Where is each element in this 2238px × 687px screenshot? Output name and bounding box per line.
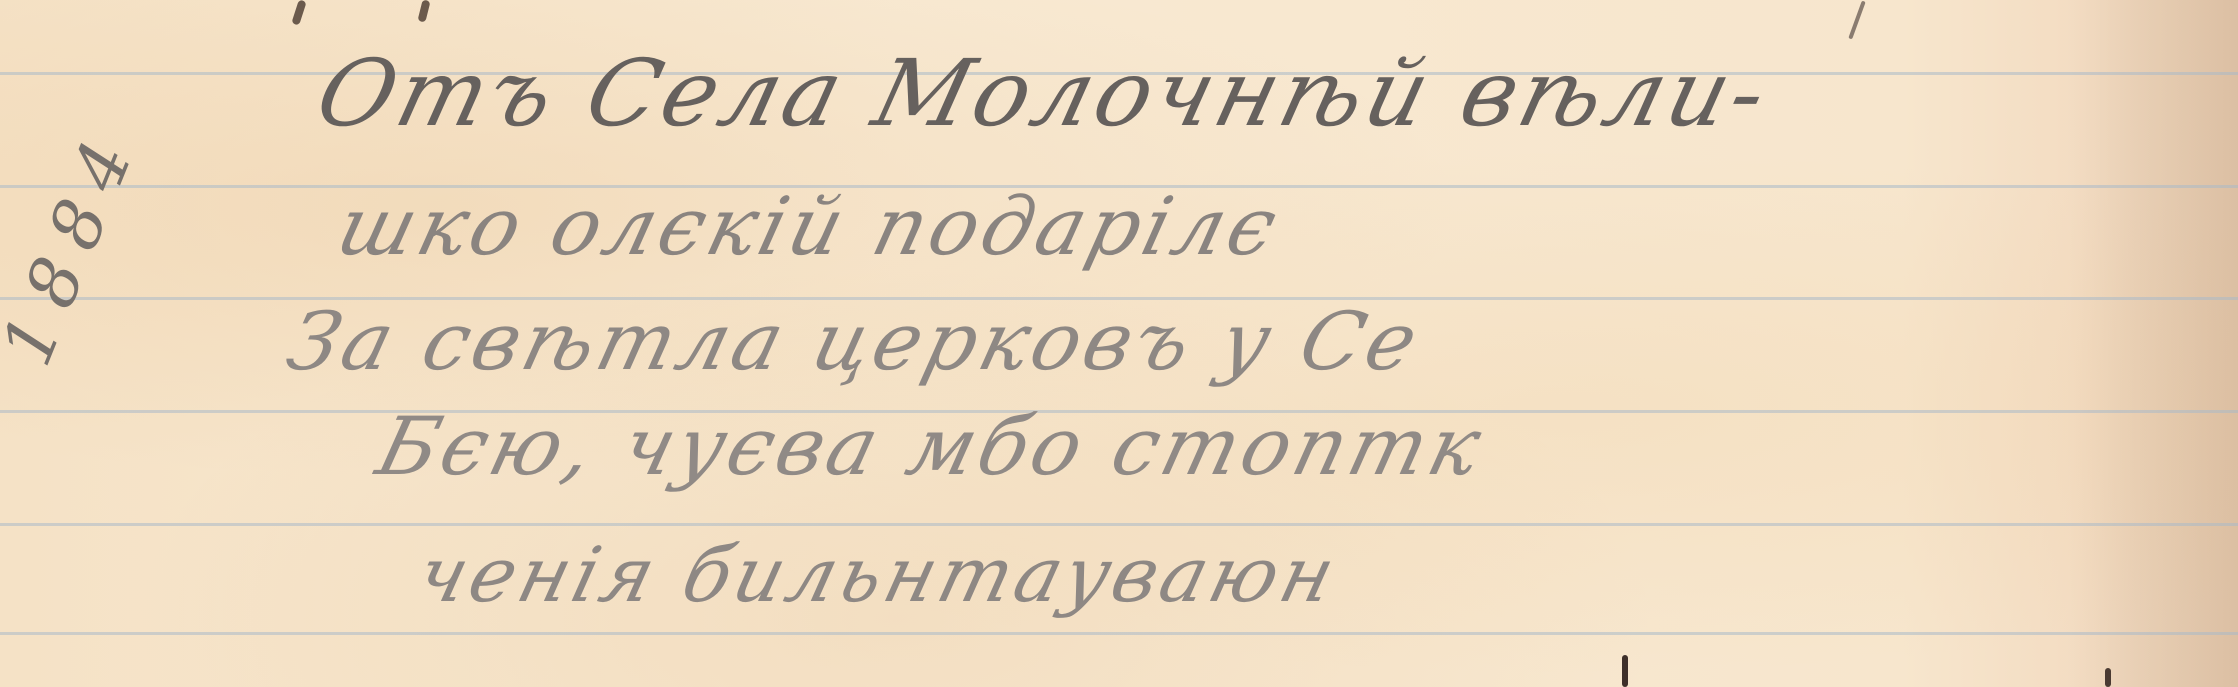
ruled-line xyxy=(0,523,2238,526)
ink-stroke-fragment xyxy=(2105,668,2111,687)
handwritten-line-4: Бєю, чуєва мбо стоптк xyxy=(368,400,1493,493)
ink-stroke-fragment xyxy=(1622,655,1628,687)
handwritten-line-3: За свѣтла церковъ у Се xyxy=(278,295,1430,388)
margin-year-note: 1884 xyxy=(30,95,110,395)
binding-shadow xyxy=(2068,0,2238,687)
handwritten-line-2: шко олєкій подарілє xyxy=(328,180,1289,273)
handwritten-line-1: Отъ Села Молочнѣй вѣли- xyxy=(307,40,1781,147)
handwritten-line-5: ченія бильнтауваюн xyxy=(409,530,1347,619)
ruled-line xyxy=(0,632,2238,635)
